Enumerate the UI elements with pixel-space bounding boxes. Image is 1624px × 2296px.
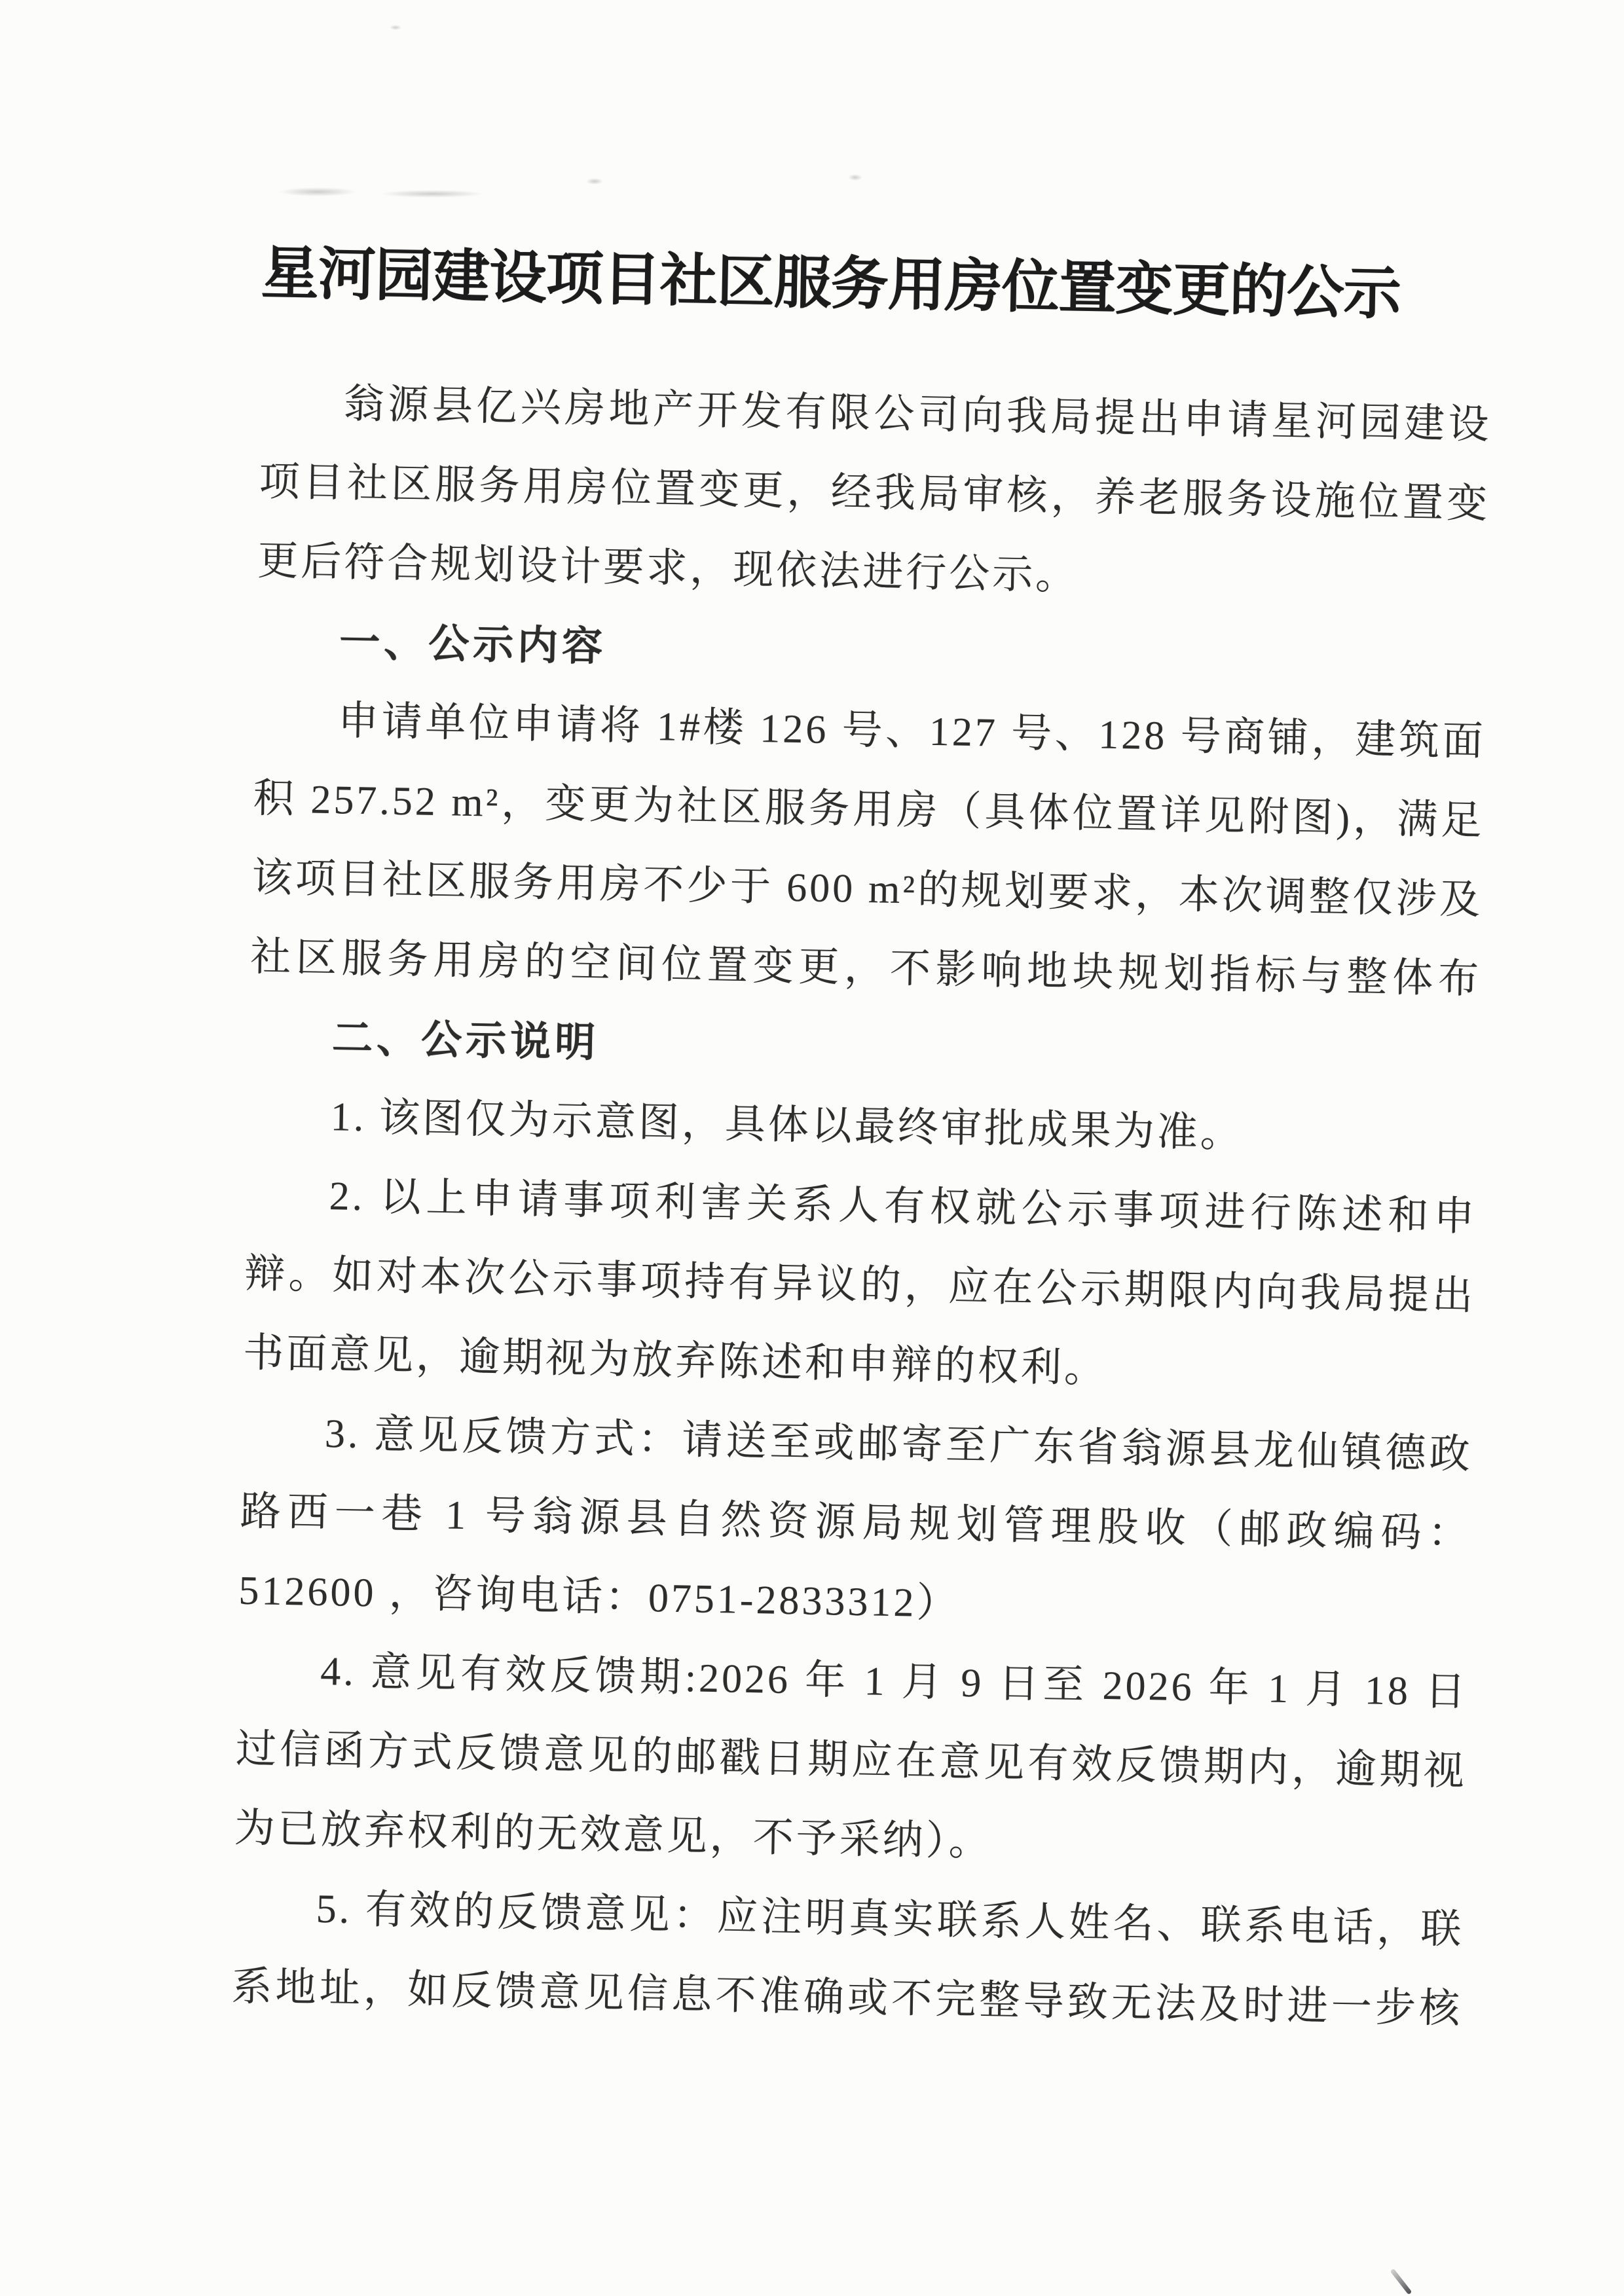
scanned-notice-page: 星河园建设项目社区服务用房位置变更的公示 翁源县亿兴房地产开发有限公司向我局提出… <box>0 0 1624 2296</box>
notice-title: 星河园建设项目社区服务用房位置变更的公示 <box>223 219 1439 351</box>
scan-smudge <box>848 174 862 181</box>
notice-body: 翁源县亿兴房地产开发有限公司向我局提出申请星河园建设项目社区服务用房位置变更，经… <box>231 363 1492 2049</box>
pen-stroke-mark <box>1390 2269 1412 2295</box>
scan-smudge <box>586 178 603 185</box>
scan-smudge <box>390 25 401 30</box>
page-content: 星河园建设项目社区服务用房位置变更的公示 翁源县亿兴房地产开发有限公司向我局提出… <box>231 0 1499 2049</box>
scan-smudge <box>278 187 357 196</box>
scan-smudge <box>380 190 485 198</box>
